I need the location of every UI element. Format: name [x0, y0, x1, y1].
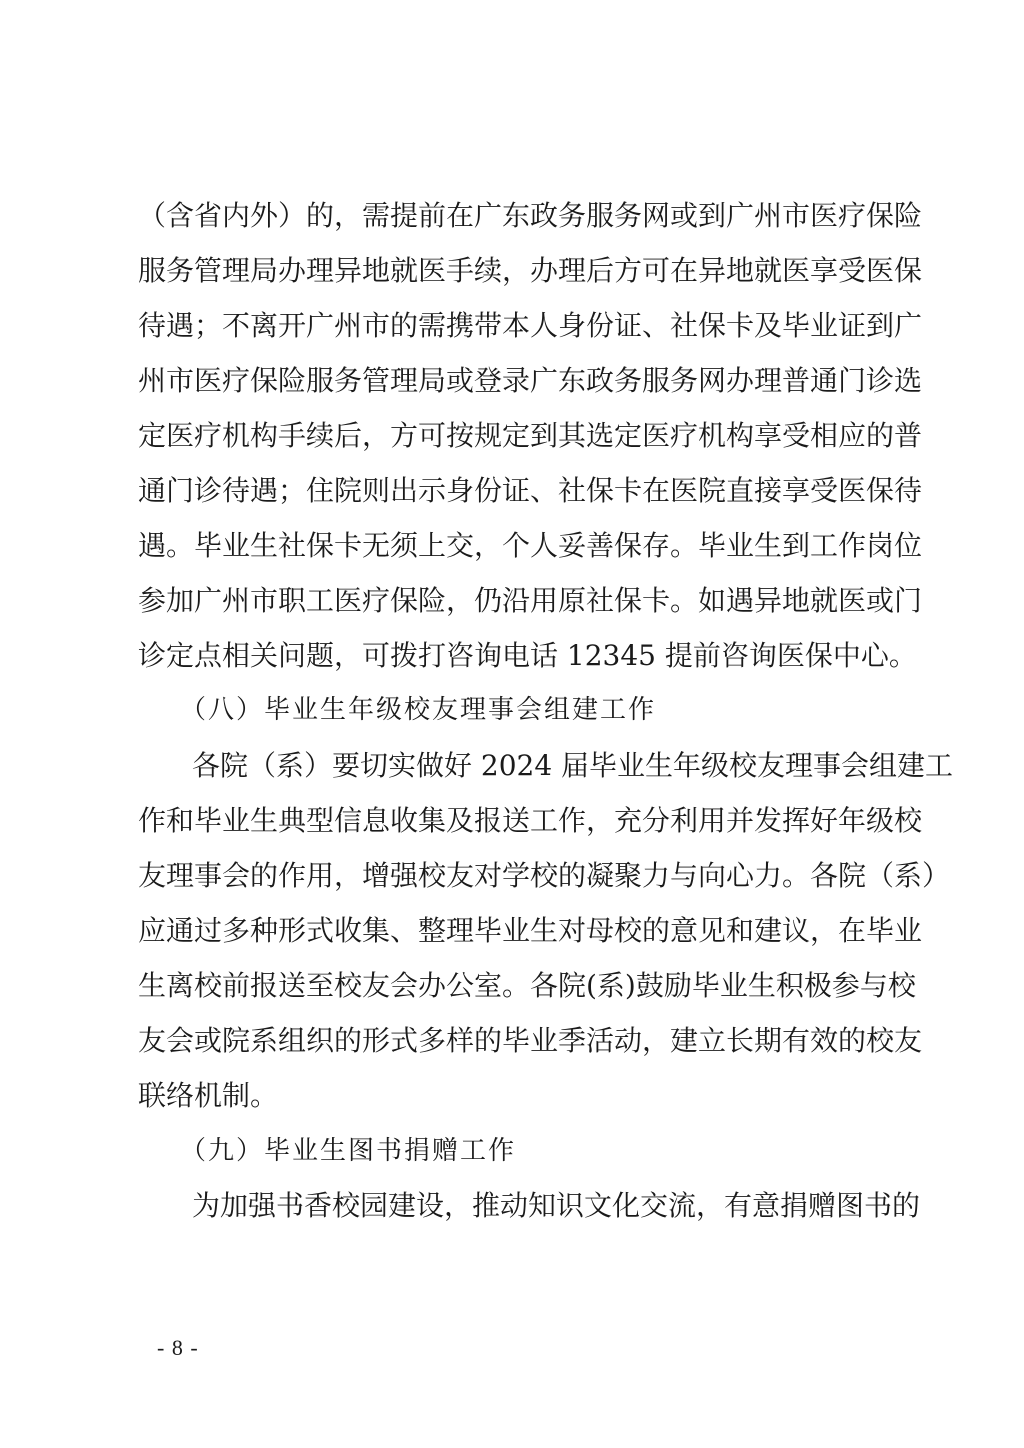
section-heading-9: （九）毕业生图书捐赠工作: [180, 1131, 516, 1171]
paragraph-line: 应通过多种形式收集、整理毕业生对母校的意见和建议，在毕业: [138, 911, 914, 951]
paragraph-line: （含省内外）的，需提前在广东政务服务网或到广州市医疗保险: [138, 196, 914, 236]
paragraph-line: 遇。毕业生社保卡无须上交，个人妥善保存。毕业生到工作岗位: [138, 526, 914, 566]
paragraph-line: 待遇；不离开广州市的需携带本人身份证、社保卡及毕业证到广: [138, 306, 914, 346]
paragraph-line: 生离校前报送至校友会办公室。各院(系)鼓励毕业生积极参与校: [138, 966, 914, 1006]
paragraph-line: 州市医疗保险服务管理局或登录广东政务服务网办理普通门诊选: [138, 361, 914, 401]
document-page: （含省内外）的，需提前在广东政务服务网或到广州市医疗保险 服务管理局办理异地就医…: [0, 0, 1024, 1448]
paragraph-line: 友会或院系组织的形式多样的毕业季活动，建立长期有效的校友: [138, 1021, 914, 1061]
paragraph-line: 通门诊待遇；住院则出示身份证、社保卡在医院直接享受医保待: [138, 471, 914, 511]
page-number: - 8 -: [157, 1333, 199, 1363]
paragraph-line: 友理事会的作用，增强校友对学校的凝聚力与向心力。各院（系）: [138, 856, 914, 896]
paragraph-line: 为加强书香校园建设，推动知识文化交流，有意捐赠图书的: [192, 1186, 914, 1226]
paragraph-line: 作和毕业生典型信息收集及报送工作，充分利用并发挥好年级校: [138, 801, 914, 841]
paragraph-line: 联络机制。: [138, 1076, 914, 1116]
paragraph-line: 诊定点相关问题，可拨打咨询电话 12345 提前咨询医保中心。: [138, 636, 914, 676]
section-heading-8: （八）毕业生年级校友理事会组建工作: [180, 690, 656, 730]
paragraph-line: 定医疗机构手续后，方可按规定到其选定医疗机构享受相应的普: [138, 416, 914, 456]
paragraph-line: 服务管理局办理异地就医手续，办理后方可在异地就医享受医保: [138, 251, 914, 291]
paragraph-line: 参加广州市职工医疗保险，仍沿用原社保卡。如遇异地就医或门: [138, 581, 914, 621]
paragraph-line: 各院（系）要切实做好 2024 届毕业生年级校友理事会组建工: [192, 746, 914, 786]
